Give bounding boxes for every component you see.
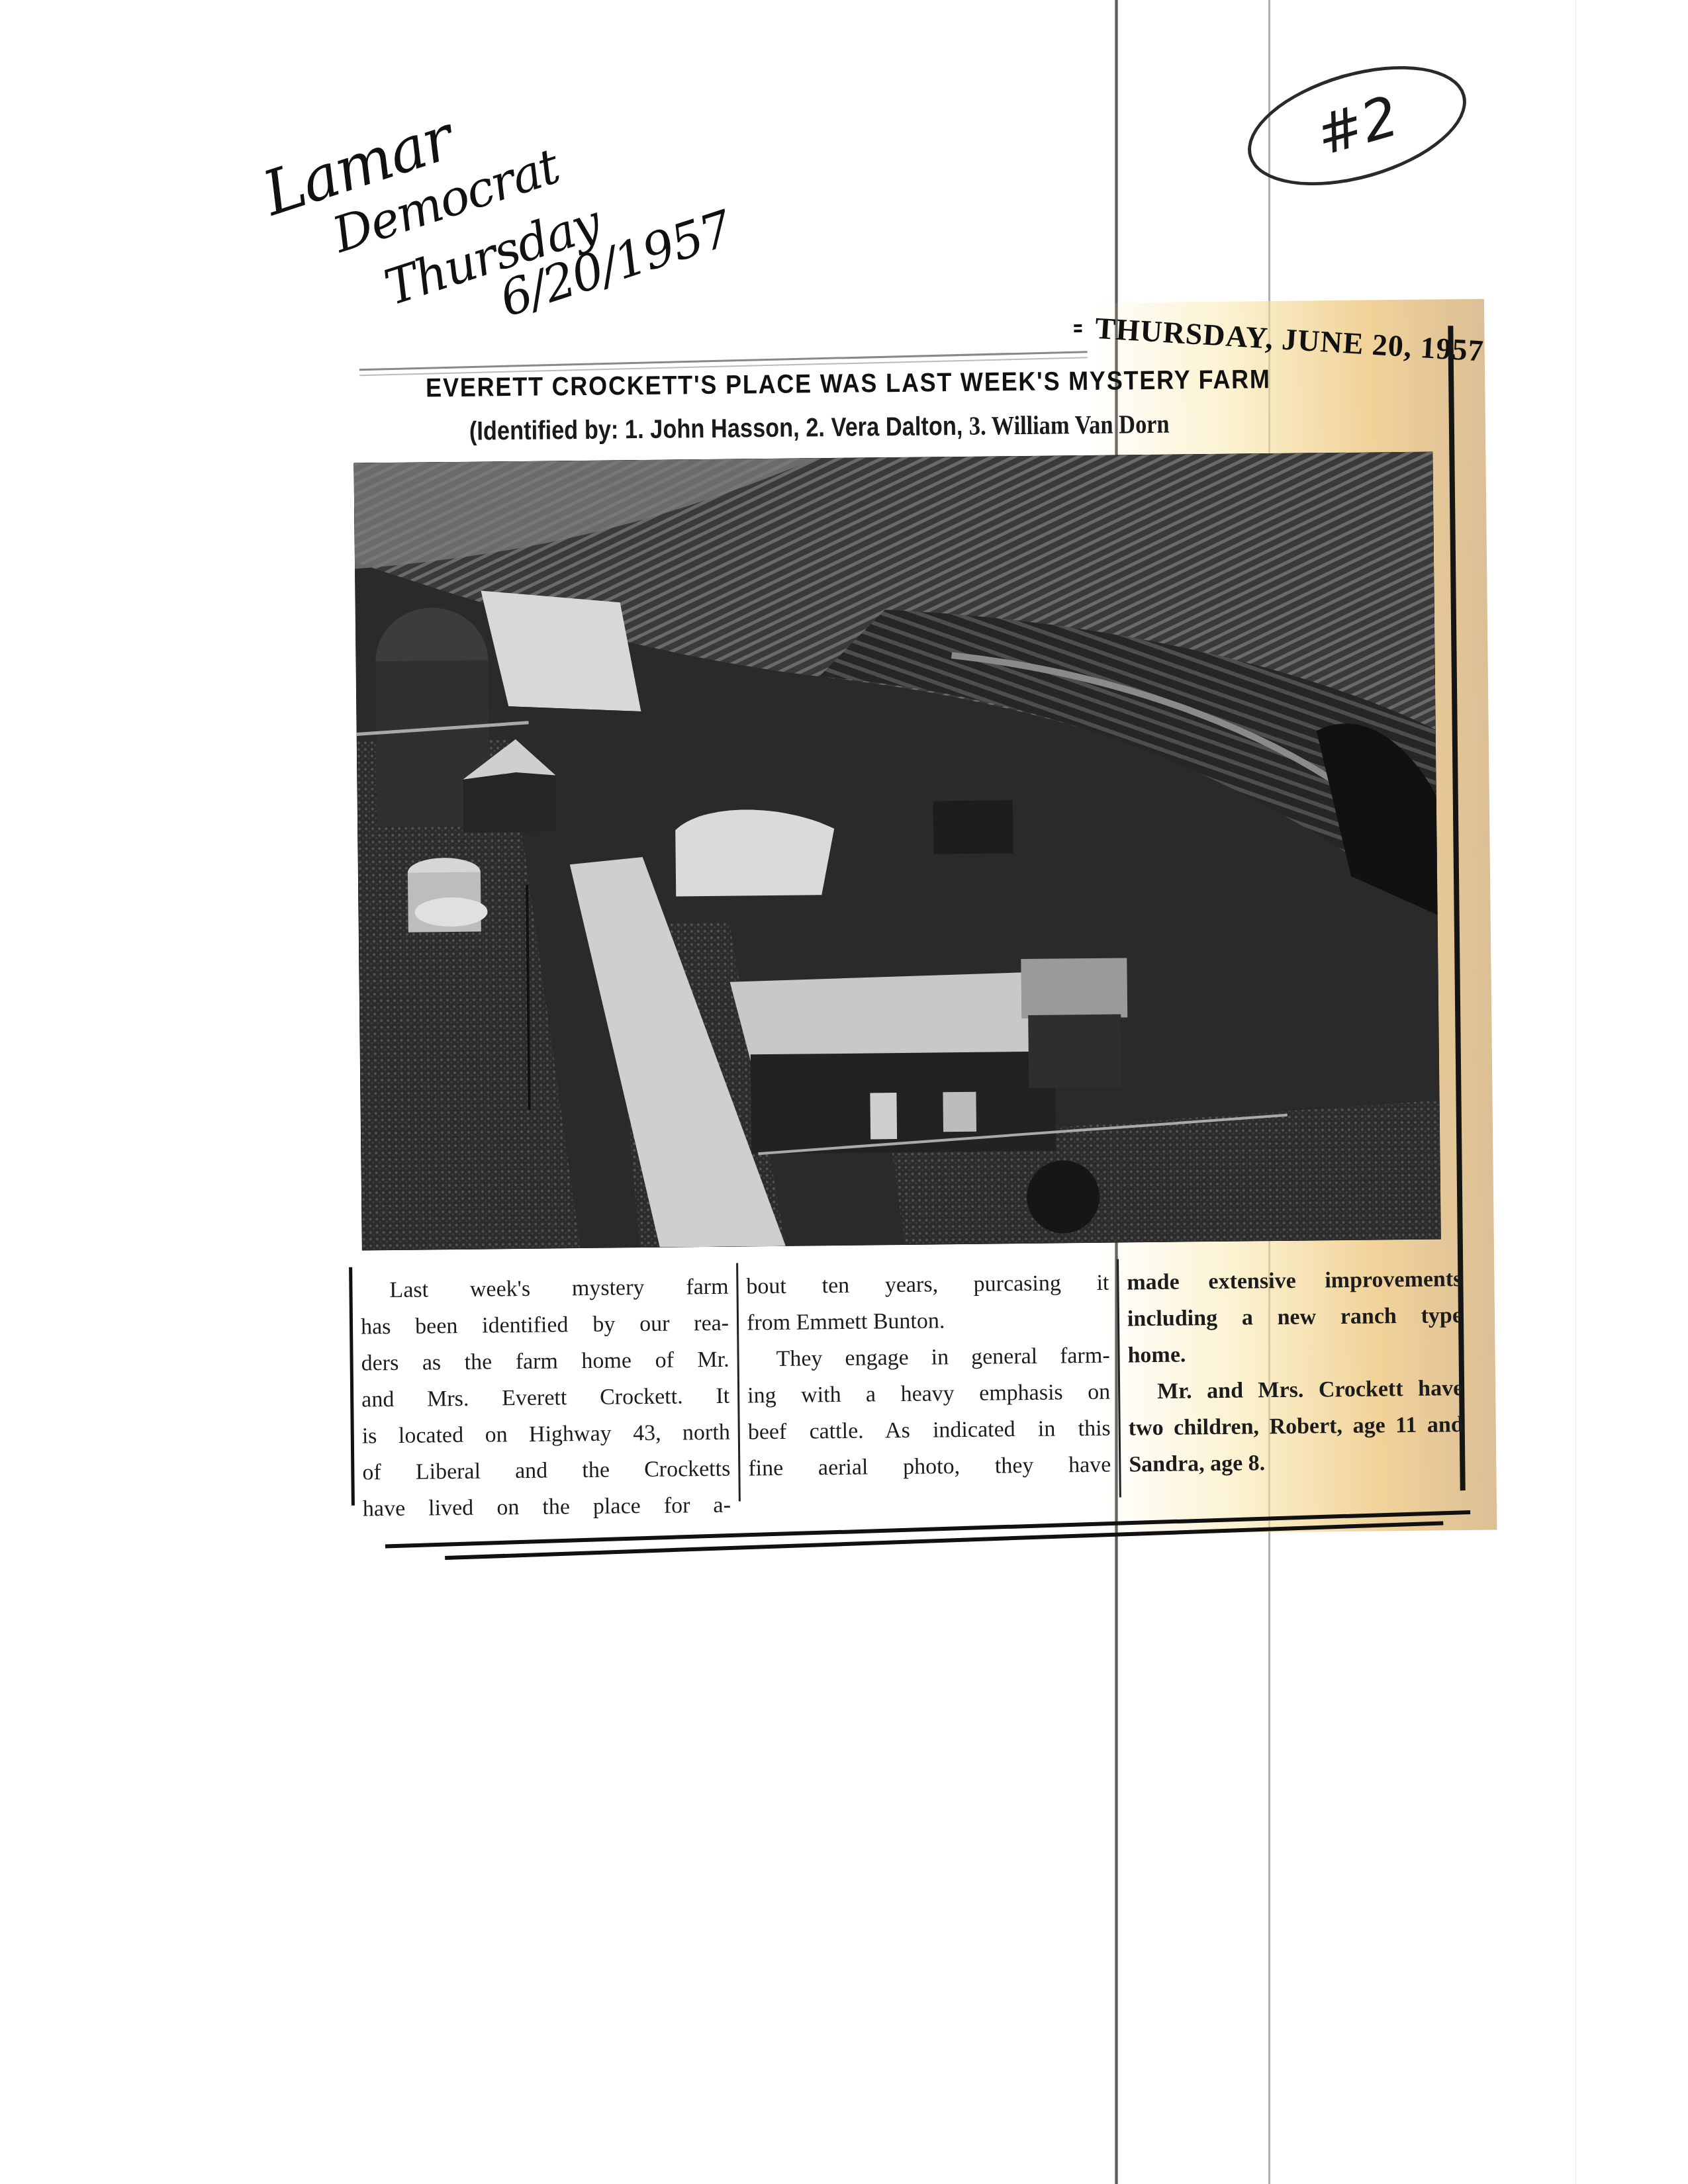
identifier-name: 2. Vera Dalton bbox=[806, 412, 957, 442]
circled-page-number: #2 bbox=[1235, 44, 1480, 208]
identified-by-prefix: (Identified by: bbox=[469, 415, 626, 445]
aerial-photo-illustration bbox=[353, 451, 1440, 1250]
article-column-1: Last week's mystery farm has been identi… bbox=[349, 1263, 741, 1506]
article-column-2: bout ten years, purcasing it from Emmett… bbox=[738, 1259, 1121, 1502]
article-line: They engage in general farm- bbox=[747, 1338, 1110, 1378]
article-line: Last week's mystery farm bbox=[360, 1269, 729, 1309]
article-line: home. bbox=[1127, 1334, 1463, 1373]
article-body: Last week's mystery farm has been identi… bbox=[349, 1255, 1477, 1506]
article-line: has been identified by our rea- bbox=[361, 1305, 729, 1345]
article-line: including a new ranch type bbox=[1127, 1297, 1463, 1337]
identifier-name: 3. William Van Dorn bbox=[969, 409, 1170, 441]
article-line: is located on Highway 43, north bbox=[362, 1414, 731, 1455]
scanner-artifact-line bbox=[1575, 0, 1576, 2184]
aerial-farm-photo bbox=[353, 451, 1440, 1250]
article-line: made extensive improvements bbox=[1127, 1261, 1462, 1300]
article-line: Sandra, age 8. bbox=[1129, 1443, 1464, 1482]
newspaper-clipping: THURSDAY, JUNE 20, 1957 EVERETT CROCKETT… bbox=[326, 299, 1490, 1549]
article-line: and Mrs. Everett Crockett. It bbox=[361, 1378, 730, 1418]
article-line: Mr. and Mrs. Crockett have bbox=[1128, 1370, 1464, 1410]
dateline-strip: THURSDAY, JUNE 20, 1957 bbox=[1074, 299, 1485, 353]
article-line: ders as the farm home of Mr. bbox=[361, 1342, 729, 1382]
dateline: THURSDAY, JUNE 20, 1957 bbox=[1094, 310, 1484, 369]
article-line: fine aerial photo, they have bbox=[748, 1447, 1111, 1487]
article-line: bout ten years, purcasing it bbox=[746, 1265, 1109, 1305]
identified-by-line: (Identified by: 1. John Hasson, 2. Vera … bbox=[469, 406, 1380, 446]
dateline-rule bbox=[1074, 324, 1082, 332]
article-line: beef cattle. As indicated in this bbox=[747, 1410, 1111, 1451]
article-line: from Emmett Bunton. bbox=[747, 1301, 1110, 1342]
handwritten-source-note: Lamar Democrat Thursday 6/20/1957 bbox=[232, 0, 751, 314]
article-line: two children, Robert, age 11 and bbox=[1128, 1406, 1464, 1446]
identifier-name: 1. John Hasson bbox=[625, 414, 794, 445]
article-line: of Liberal and the Crocketts bbox=[362, 1451, 731, 1491]
article-column-3: made extensive improvements including a … bbox=[1119, 1255, 1472, 1498]
article-line: ing with a heavy emphasis on bbox=[747, 1374, 1111, 1414]
